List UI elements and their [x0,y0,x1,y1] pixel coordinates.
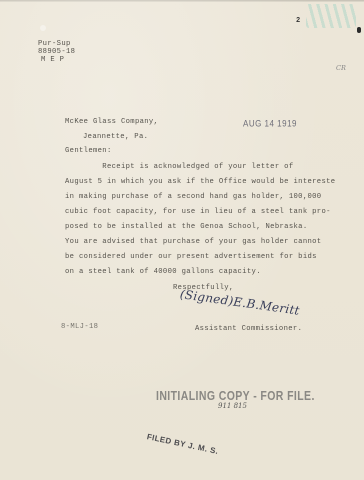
salutation: Gentlemen: [65,147,112,155]
body-line: cubic foot capacity, for use in lieu of … [65,208,331,216]
paper-speck [40,25,46,31]
reference-line-3: M E P [41,56,64,64]
reference-line-1: Pur-Sup [38,40,71,48]
body-line: posed to be installed at the Genoa Schoo… [65,223,308,231]
margin-initials: CR [336,64,346,72]
body-line: be considered under our present advertis… [65,253,317,261]
body-line: in making purchase of a second hand gas … [65,193,321,201]
body-line: You are advised that purchase of your ga… [65,238,321,246]
recipient-location: Jeannette, Pa. [83,133,148,141]
handwritten-note: 911 815 [218,402,247,410]
body-line: Receipt is acknowledged of your letter o… [65,163,294,171]
green-ink-mark [306,4,356,28]
body-line: August 5 in which you ask if the Office … [65,178,335,186]
recipient-name: McKee Glass Company, [65,118,158,126]
page-number: 2 [296,17,300,25]
date-stamp: AUG 14 1919 [243,118,297,128]
file-code: 8-MLJ-18 [61,323,98,331]
signer-title: Assistant Commissioner. [195,325,302,333]
body-line: on a steel tank of 40000 gallons capacit… [65,268,261,276]
ink-dot [357,27,361,33]
reference-line-2: 88905-18 [38,48,75,56]
